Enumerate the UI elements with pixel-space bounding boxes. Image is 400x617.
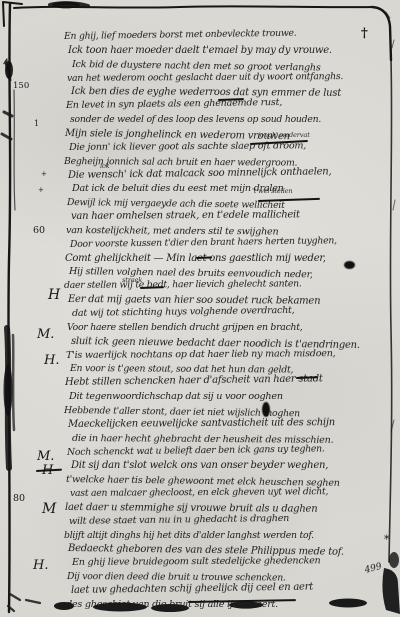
manuscript-line: daer stellen wij te bedt, haer lievich g…	[64, 279, 302, 292]
margin-mark: H.	[33, 558, 48, 573]
margin-mark: †	[361, 26, 368, 41]
margin-mark: H	[48, 287, 60, 303]
manuscript-line: van haer omhelsen straek, en t'edele mal…	[71, 209, 300, 222]
manuscript-line: En ghij lieve bruidegoom sult stedelijck…	[72, 556, 321, 569]
interlinear-insertion: jongh' wedervat	[258, 131, 310, 139]
ink-blot	[262, 402, 270, 417]
manuscript-line: van het wederom oocht geslacht daer uit …	[67, 71, 343, 84]
manuscript-page: En ghij, lief moeders borst met onbevlec…	[0, 0, 400, 617]
margin-mark: 4	[3, 58, 9, 69]
margin-mark: *	[384, 533, 390, 546]
margin-mark: 150	[13, 81, 29, 91]
interlinear-insertion: straek	[122, 276, 142, 284]
manuscript-line: van kostelijckheit, met anders stil te s…	[66, 225, 279, 237]
manuscript-line: Maeckelijcken eeuwelijcke santvasticheit…	[68, 417, 335, 430]
margin-mark: 60	[33, 225, 45, 236]
margin-mark: 1	[34, 119, 39, 128]
interlinear-insertion: 't wel stellen	[252, 187, 292, 195]
ink-blot	[344, 261, 355, 269]
manuscript-line: Ick toon haer moeder daelt t'emael by ma…	[68, 45, 332, 56]
margin-mark: M	[42, 501, 56, 517]
manuscript-line: Dit sij dan t'slot welck ons van onser b…	[71, 460, 328, 471]
margin-mark: M.	[37, 327, 54, 342]
margin-mark: +	[41, 170, 47, 178]
manuscript-line: blijft altijt dinghs hij het dits d'alde…	[64, 530, 314, 541]
margin-mark: M.	[37, 449, 54, 464]
interlinear-insertion: ick	[100, 162, 109, 170]
manuscript-line: T'is waerlijck nochtans op dat haer lieb…	[66, 348, 336, 361]
manuscript-line: sonder de wedel of des loop des levens o…	[70, 114, 321, 125]
manuscript-line: Dit tegenwoordichschap dat sij u voor oo…	[69, 391, 283, 402]
manuscript-line: vast aen malcaer ghecloost, en elck ghev…	[70, 486, 328, 499]
margin-mark: H.	[44, 353, 59, 368]
margin-mark: +	[38, 186, 44, 194]
margin-mark: 80	[13, 493, 25, 504]
manuscript-line: Voor haere stellen bendich drucht grijpe…	[67, 322, 303, 333]
